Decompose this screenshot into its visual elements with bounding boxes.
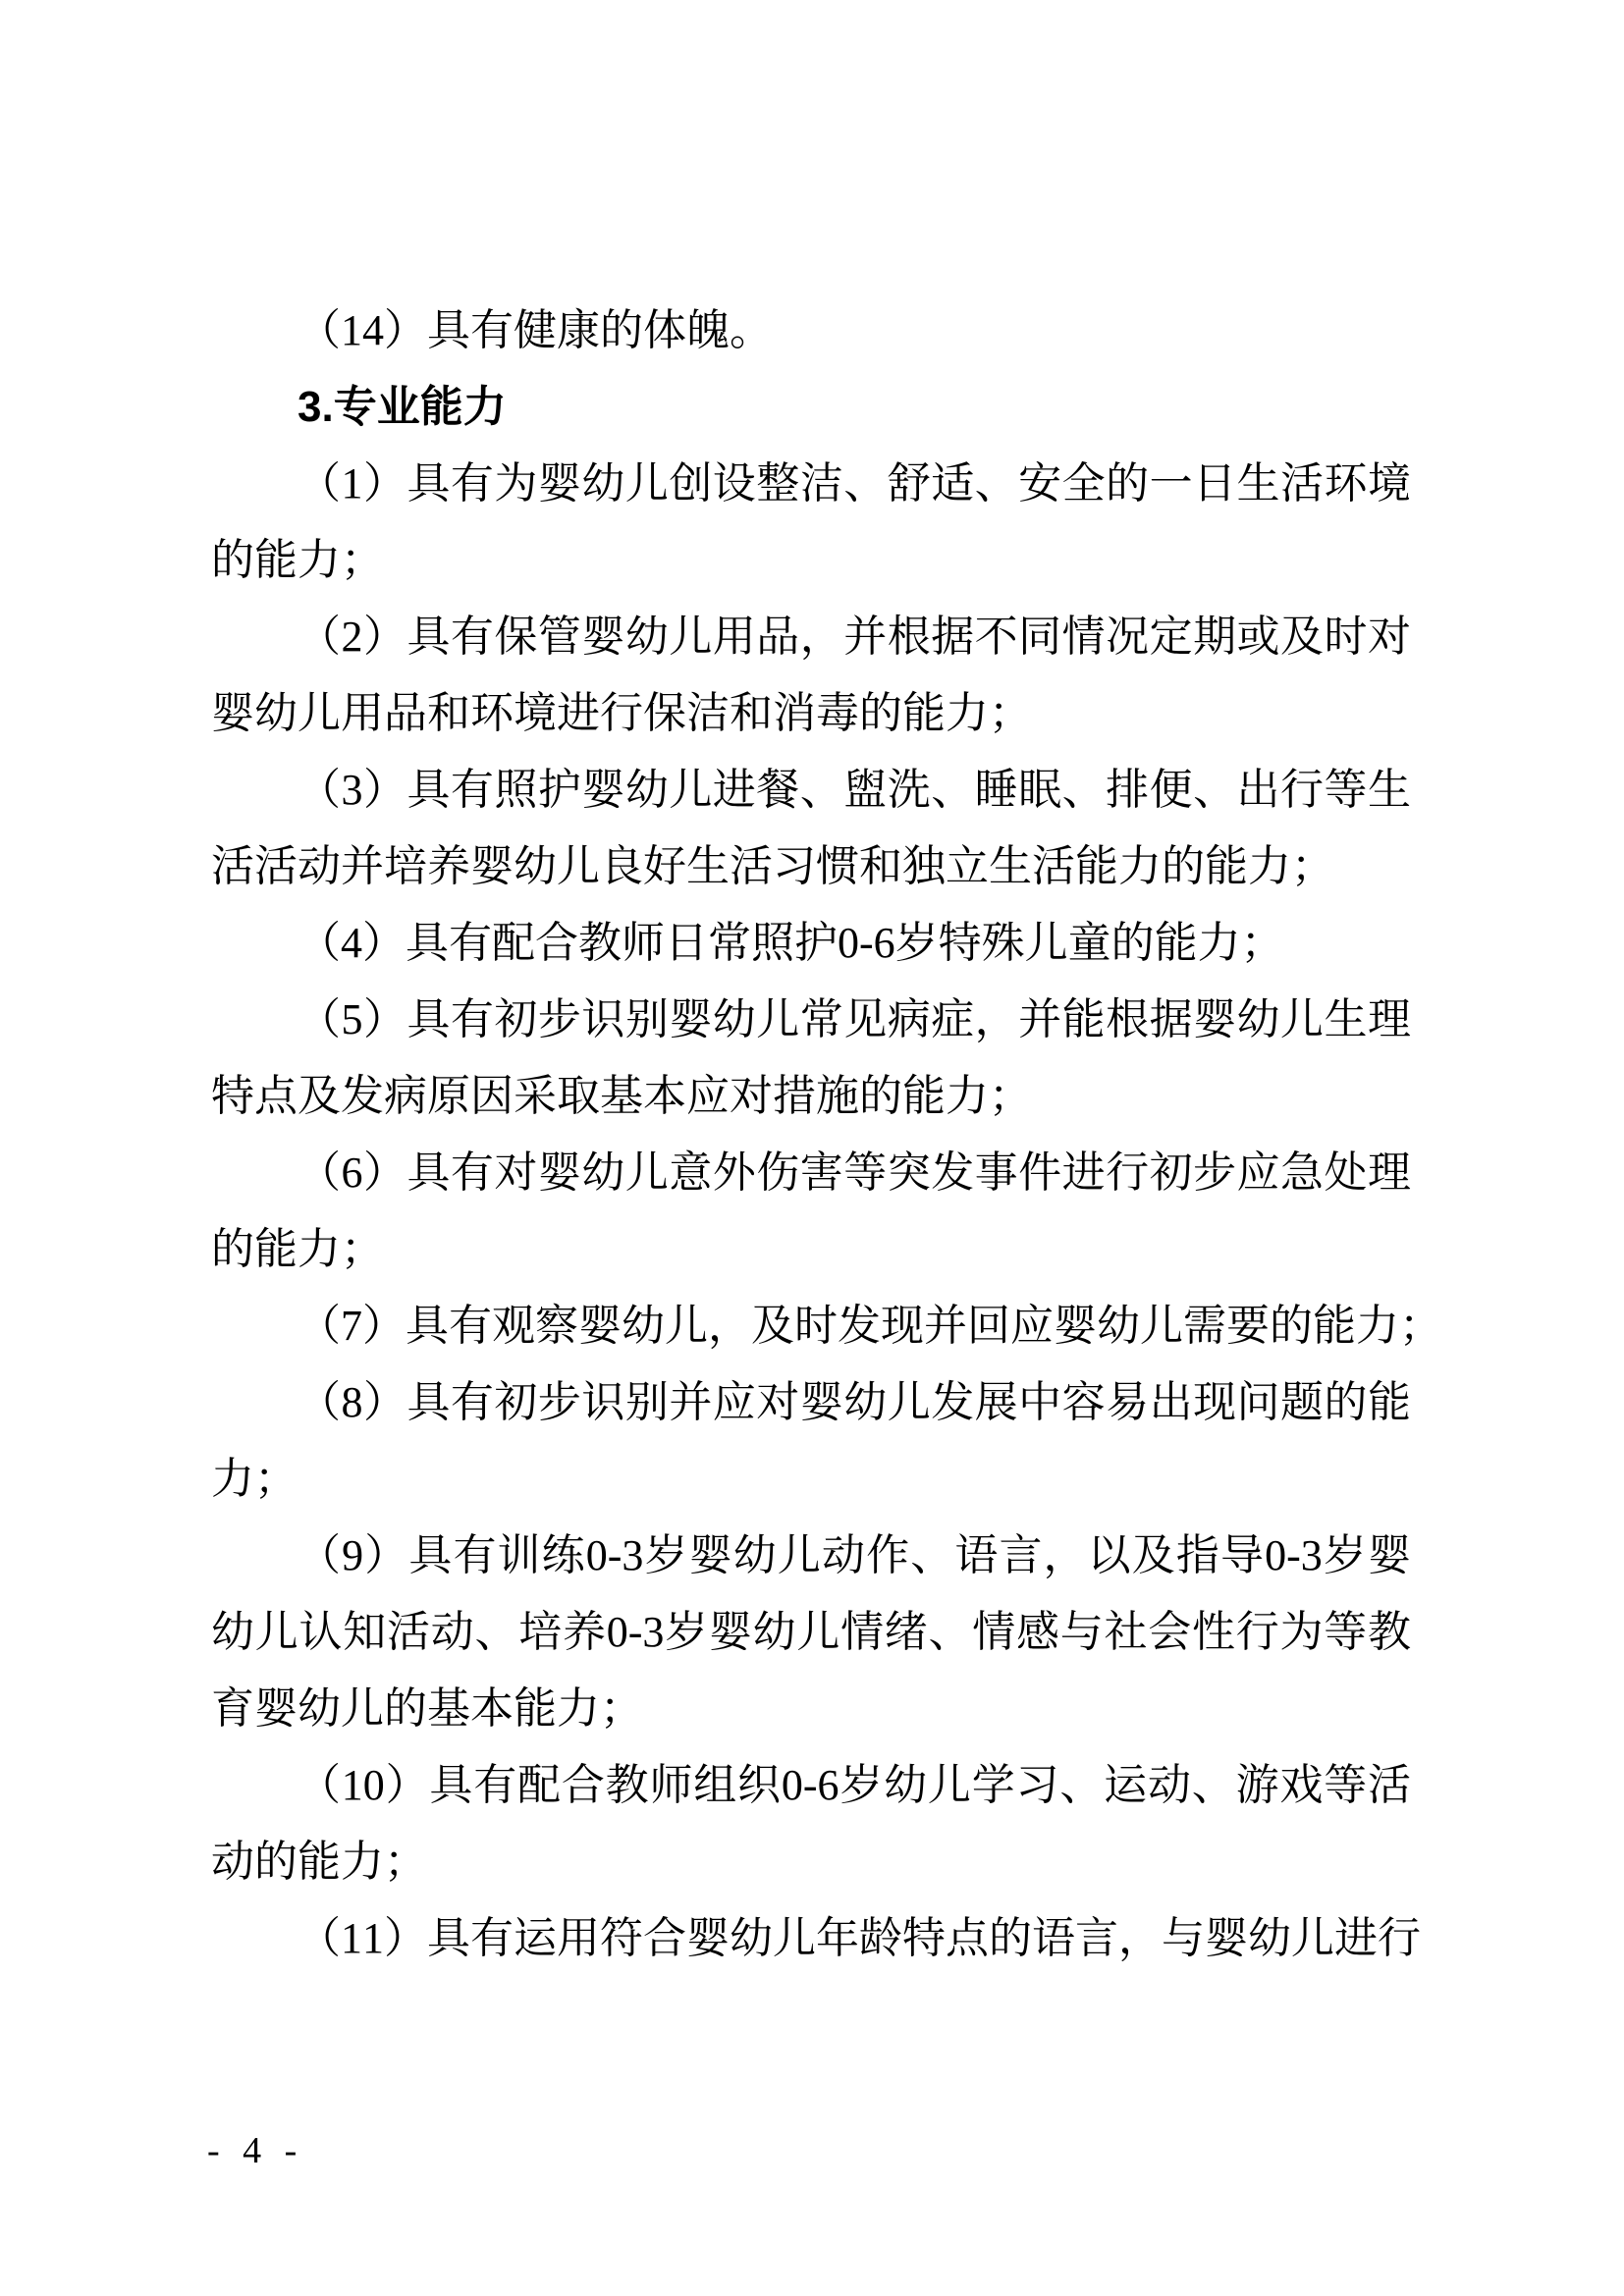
text-line: （14）具有健康的体魄。 [211,293,1411,369]
text-line: （3）具有照护婴幼儿进餐、盥洗、睡眠、排便、出行等生 [211,752,1411,828]
page-number: - 4 - [207,2128,303,2173]
text-line: 幼儿认知活动、培养0-3岁婴幼儿情绪、情感与社会性行为等教 [211,1594,1411,1671]
text-line: 力； [211,1441,1411,1518]
document-page: （14）具有健康的体魄。3.专业能力（1）具有为婴幼儿创设整洁、舒适、安全的一日… [0,0,1624,2296]
text-line: 特点及发病原因采取基本应对措施的能力； [211,1058,1411,1135]
text-line: 育婴幼儿的基本能力； [211,1671,1411,1747]
text-line: （6）具有对婴幼儿意外伤害等突发事件进行初步应急处理 [211,1135,1411,1211]
text-line: （4）具有配合教师日常照护0-6岁特殊儿童的能力； [211,905,1411,982]
text-line: 动的能力； [211,1824,1411,1900]
document-body: （14）具有健康的体魄。3.专业能力（1）具有为婴幼儿创设整洁、舒适、安全的一日… [211,293,1411,1977]
text-line: （2）具有保管婴幼儿用品，并根据不同情况定期或及时对 [211,599,1411,675]
section-heading: 3.专业能力 [211,369,1411,446]
text-line: 婴幼儿用品和环境进行保洁和消毒的能力； [211,675,1411,752]
text-line: 的能力； [211,1211,1411,1288]
text-line: （11）具有运用符合婴幼儿年龄特点的语言，与婴幼儿进行 [211,1900,1411,1977]
text-line: （5）具有初步识别婴幼儿常见病症，并能根据婴幼儿生理 [211,982,1411,1058]
text-line: 的能力； [211,522,1411,599]
text-line: （1）具有为婴幼儿创设整洁、舒适、安全的一日生活环境 [211,446,1411,522]
text-line: 活活动并培养婴幼儿良好生活习惯和独立生活能力的能力； [211,828,1411,905]
text-line: （9）具有训练0-3岁婴幼儿动作、语言，以及指导0-3岁婴 [211,1518,1411,1594]
text-line: （10）具有配合教师组织0-6岁幼儿学习、运动、游戏等活 [211,1747,1411,1824]
text-line: （8）具有初步识别并应对婴幼儿发展中容易出现问题的能 [211,1364,1411,1441]
text-line: （7）具有观察婴幼儿，及时发现并回应婴幼儿需要的能力； [211,1288,1411,1364]
